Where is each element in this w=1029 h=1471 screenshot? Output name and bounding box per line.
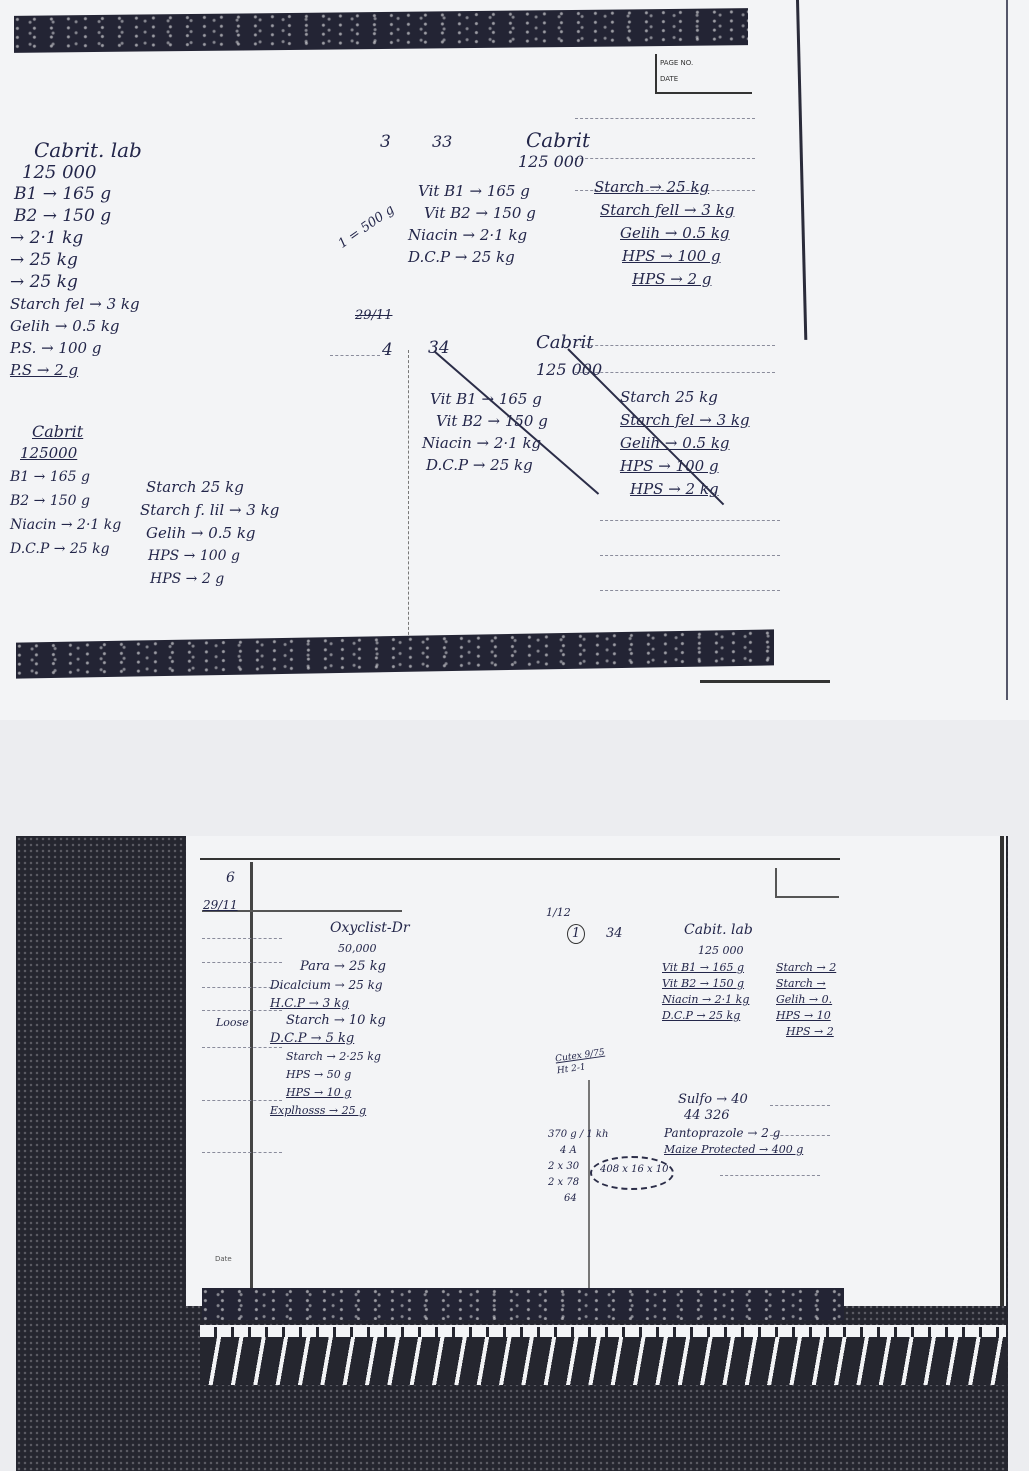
left-block-1: Cabrit. lab 125 000 B1 → 165 g B2 → 150 … (10, 138, 142, 381)
left-entry-item: Dicalcium → 25 kg (270, 976, 386, 994)
mid-entry-calc-line: 4 A (560, 1143, 608, 1159)
left-block-1-item: B2 → 150 g (14, 205, 142, 227)
entry-3-right-item: Starch → 25 kg (594, 176, 734, 199)
left-entry-item: HPS → 50 g (286, 1066, 386, 1084)
right-entry-right-item: HPS → 2 (786, 1024, 838, 1040)
left-block-2-right-item: Starch f. lil → 3 kg (140, 499, 279, 522)
bottom-footer-label: Date (215, 1255, 232, 1263)
top-ledger-page (0, 0, 1029, 720)
entry-3-code: 33 (432, 132, 452, 151)
left-entry-item: H.C.P → 3 kg (270, 994, 386, 1012)
entry-3-item: Vit B2 → 150 g (424, 202, 536, 224)
mid-entry-code: 34 (606, 926, 623, 941)
entry-3-item: Niacin → 2·1 kg (408, 224, 536, 246)
mid-entry-calc-line: 370 g / 1 kh (548, 1127, 608, 1143)
left-block-2-right-item: HPS → 100 g (148, 545, 279, 568)
entry-3-item: Vit B1 → 165 g (418, 180, 536, 202)
mid-entry-row-no: 1 (567, 924, 585, 944)
bottom-side-label: Loose (216, 1016, 249, 1029)
right-entry-extra-line: Maize Protected → 400 g (664, 1142, 803, 1158)
entry-3-right-item: HPS → 100 g (622, 245, 734, 268)
top-page-header-bar (14, 8, 748, 53)
entry-3-title: Cabrit (526, 128, 590, 152)
entry-4-item: D.C.P → 25 kg (426, 454, 548, 476)
entry-4-date: 29/11 (355, 308, 392, 323)
bottom-page-number: 6 (226, 870, 235, 886)
right-entry-right-item: Starch → (776, 976, 838, 992)
left-block-2-right-item: Gelih → 0.5 kg (146, 522, 279, 545)
left-block-1-item: → 25 kg (10, 271, 142, 293)
right-entry-title: Cabit. lab (684, 922, 753, 938)
right-entry-right-item: Starch → 2 (776, 960, 838, 976)
entry-4-right-items: Starch 25 kg Starch fel → 3 kg Gelih → 0… (620, 386, 750, 501)
left-block-2-right: Starch 25 kg Starch f. lil → 3 kg Gelih … (140, 476, 279, 591)
left-block-2-item: B2 → 150 g (10, 489, 121, 513)
right-entry-extra: Sulfo → 40 44 326 Pantoprazole → 2 g Mai… (664, 1092, 803, 1158)
left-block-2: Cabrit 125000 B1 → 165 g B2 → 150 g Niac… (10, 422, 121, 561)
left-block-1-item: Gelih → 0.5 kg (10, 315, 142, 337)
left-block-2-right-item: HPS → 2 g (150, 568, 279, 591)
entry-3-count: 125 000 (518, 152, 584, 171)
bottom-date: 29/11 (203, 898, 238, 912)
left-entry-item: D.C.P → 5 kg (270, 1030, 386, 1048)
entry-4-right-item: Starch 25 kg (620, 386, 750, 409)
left-block-2-item: D.C.P → 25 kg (10, 537, 121, 561)
left-block-1-count: 125 000 (22, 162, 142, 183)
entry-4-item: Vit B2 → 150 g (436, 410, 548, 432)
left-block-2-count: 125000 (20, 441, 121, 465)
header-box: PAGE NO. DATE (655, 54, 752, 94)
mid-entry-calc-line: 64 (564, 1191, 608, 1207)
circled-calculation-text: 408 x 16 x 10 (600, 1164, 669, 1175)
left-entry-item: HPS → 10 g (286, 1084, 386, 1102)
left-block-1-item: Starch fel → 3 kg (10, 293, 142, 315)
bottom-page-footer-bar (202, 1288, 844, 1320)
right-entry-extra-line: Pantoprazole → 2 g (664, 1124, 803, 1142)
page-perforation (200, 1330, 1006, 1385)
right-entry-count: 125 000 (698, 944, 744, 957)
right-entry-right-items: Starch → 2 Starch → Gelih → 0. HPS → 10 … (776, 960, 838, 1040)
entry-3-row-no: 3 (380, 132, 391, 152)
right-entry-item: Niacin → 2·1 kg (662, 992, 749, 1008)
entry-3-right-item: HPS → 2 g (632, 268, 734, 291)
entry-4-right-item: HPS → 2 kg (630, 478, 750, 501)
right-entry-right-item: HPS → 10 (776, 1008, 838, 1024)
left-block-2-item: B1 → 165 g (10, 465, 121, 489)
left-block-2-title: Cabrit (32, 422, 121, 441)
entry-3-items: Vit B1 → 165 g Vit B2 → 150 g Niacin → 2… (408, 180, 536, 268)
left-block-1-item: P.S. → 100 g (10, 337, 142, 359)
right-entry-extra-line: 44 326 (684, 1108, 803, 1124)
entry-4-row-no: 4 (382, 340, 393, 360)
right-entry-item: Vit B1 → 165 g (662, 960, 749, 976)
left-entry-items: Para → 25 kg Dicalcium → 25 kg H.C.P → 3… (270, 958, 386, 1120)
left-block-1-title: Cabrit. lab (34, 138, 142, 162)
left-block-2-right-item: Starch 25 kg (146, 476, 279, 499)
header-box-line1: PAGE NO. (657, 54, 752, 67)
right-entry-item: Vit B2 → 150 g (662, 976, 749, 992)
left-entry-item: Starch → 2·25 kg (286, 1048, 386, 1066)
left-entry-count: 50,000 (338, 942, 377, 955)
entry-3-right-items: Starch → 25 kg Starch fell → 3 kg Gelih … (594, 176, 734, 291)
right-entry-item: D.C.P → 25 kg (662, 1008, 749, 1024)
entry-3-right-item: Gelih → 0.5 kg (620, 222, 734, 245)
left-block-1-item: B1 → 165 g (14, 183, 142, 205)
left-entry-item: Para → 25 kg (300, 958, 386, 976)
left-entry-item: Starch → 10 kg (286, 1012, 386, 1030)
entry-4-title: Cabrit (536, 332, 594, 353)
bottom-header-box (775, 868, 839, 898)
left-block-1-item: P.S → 2 g (10, 359, 142, 381)
entry-4-right-item: Gelih → 0.5 kg (620, 432, 750, 455)
left-block-1-item: → 25 kg (10, 249, 142, 271)
left-entry-title: Oxyclist-Dr (330, 920, 410, 936)
right-entry-items: Vit B1 → 165 g Vit B2 → 150 g Niacin → 2… (662, 960, 749, 1024)
entry-4-count: 125 000 (536, 360, 602, 379)
entry-3-right-item: Starch fell → 3 kg (600, 199, 734, 222)
mid-entry-date: 1/12 (546, 906, 571, 919)
right-entry-right-item: Gelih → 0. (776, 992, 838, 1008)
header-box-line2: DATE (657, 67, 752, 83)
entry-3-item: D.C.P → 25 kg (408, 246, 536, 268)
left-block-2-item: Niacin → 2·1 kg (10, 513, 121, 537)
left-block-1-item: → 2·1 kg (10, 227, 142, 249)
top-page-far-right-edge (1006, 0, 1008, 700)
right-entry-extra-line: Sulfo → 40 (678, 1092, 803, 1108)
left-entry-item: Explhosss → 25 g (270, 1102, 386, 1120)
